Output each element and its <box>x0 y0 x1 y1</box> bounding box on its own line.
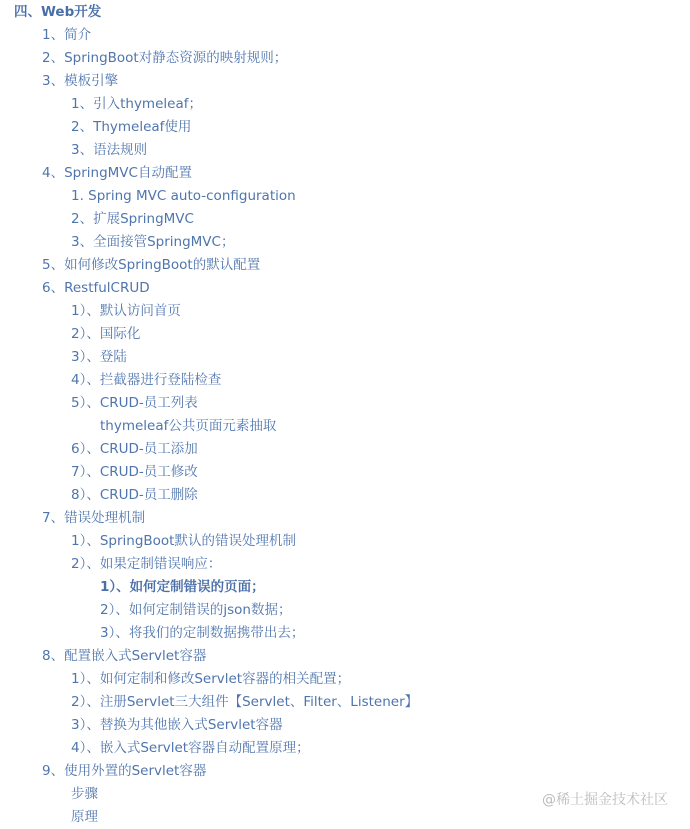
toc-item-crud-list[interactable]: 5）、CRUD-员工列表 <box>71 392 198 415</box>
toc-item-springmvc-autoconfig[interactable]: 4、SpringMVC自动配置 <box>42 162 192 185</box>
toc-item-embedded-servlet[interactable]: 8、配置嵌入式Servlet容器 <box>42 645 206 668</box>
toc-item-intro[interactable]: 1、简介 <box>42 24 91 47</box>
toc-item-custom-error-page[interactable]: 1）、如何定制错误的页面； <box>100 576 265 599</box>
watermark: @稀土掘金技术社区 <box>542 789 668 809</box>
toc-item-web-dev[interactable]: 四、Web开发 <box>14 1 101 24</box>
toc-item-interceptor[interactable]: 4）、拦截器进行登陆检查 <box>71 369 221 392</box>
toc-item-spring-mvc-auto-configuration[interactable]: 1. Spring MVC auto-configuration <box>71 185 296 208</box>
toc-item-default-error-handling[interactable]: 1）、SpringBoot默认的错误处理机制 <box>71 530 296 553</box>
toc-item-autoconfig-principle[interactable]: 4）、嵌入式Servlet容器自动配置原理； <box>71 737 310 760</box>
toc-item-import-thymeleaf[interactable]: 1、引入thymeleaf； <box>71 93 202 116</box>
toc-item-steps[interactable]: 步骤 <box>71 783 98 806</box>
toc-item-login[interactable]: 3）、登陆 <box>71 346 127 369</box>
toc-item-principle[interactable]: 原理 <box>71 806 98 829</box>
toc-item-static-resources[interactable]: 2、SpringBoot对静态资源的映射规则； <box>42 47 287 70</box>
toc-item-carry-custom-data[interactable]: 3）、将我们的定制数据携带出去； <box>100 622 304 645</box>
toc-item-template-engine[interactable]: 3、模板引擎 <box>42 70 118 93</box>
toc-item-take-over-springmvc[interactable]: 3、全面接管SpringMVC； <box>71 231 234 254</box>
toc-item-extend-springmvc[interactable]: 2、扩展SpringMVC <box>71 208 194 231</box>
toc-item-crud-delete[interactable]: 8）、CRUD-员工删除 <box>71 484 198 507</box>
toc-item-replace-container[interactable]: 3）、替换为其他嵌入式Servlet容器 <box>71 714 283 737</box>
toc-item-thymeleaf-usage[interactable]: 2、Thymeleaf使用 <box>71 116 191 139</box>
toc-item-modify-default-config[interactable]: 5、如何修改SpringBoot的默认配置 <box>42 254 260 277</box>
toc-item-error-handling[interactable]: 7、错误处理机制 <box>42 507 145 530</box>
toc-item-servlet-config[interactable]: 1）、如何定制和修改Servlet容器的相关配置； <box>71 668 350 691</box>
toc-item-custom-error-json[interactable]: 2）、如何定制错误的json数据； <box>100 599 291 622</box>
toc-item-syntax-rules[interactable]: 3、语法规则 <box>71 139 147 162</box>
toc-item-i18n[interactable]: 2）、国际化 <box>71 323 140 346</box>
toc-item-external-servlet[interactable]: 9、使用外置的Servlet容器 <box>42 760 206 783</box>
toc-item-crud-edit[interactable]: 7）、CRUD-员工修改 <box>71 461 198 484</box>
toc-item-default-home[interactable]: 1）、默认访问首页 <box>71 300 181 323</box>
toc-item-restful-crud[interactable]: 6、RestfulCRUD <box>42 277 150 300</box>
toc-item-custom-error-response[interactable]: 2）、如果定制错误响应： <box>71 553 221 576</box>
toc-item-thymeleaf-fragments[interactable]: thymeleaf公共页面元素抽取 <box>100 415 276 438</box>
toc-item-register-components[interactable]: 2）、注册Servlet三大组件【Servlet、Filter、Listener… <box>71 691 418 714</box>
toc-item-crud-add[interactable]: 6）、CRUD-员工添加 <box>71 438 198 461</box>
